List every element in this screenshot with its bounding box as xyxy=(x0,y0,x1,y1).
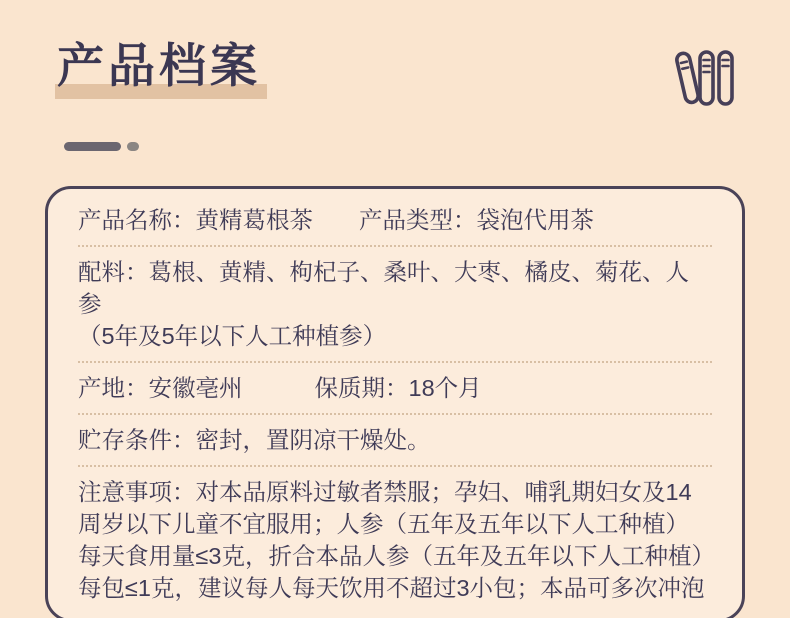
dash-dot xyxy=(127,142,139,151)
product-info-card: 产品名称：黄精葛根茶 产品类型：袋泡代用茶 配料：葛根、黄精、枸杞子、桑叶、大枣… xyxy=(45,186,745,618)
storage-value: 密封，置阴凉干燥处。 xyxy=(196,427,431,453)
product-type-value: 袋泡代用茶 xyxy=(477,207,595,233)
product-name-label: 产品名称： xyxy=(78,207,196,233)
row-notes: 注意事项：对本品原料过敏者禁服；孕妇、哺乳期妇女及14周岁以下儿童不宜服用；人参… xyxy=(78,467,712,613)
origin-value: 安徽亳州 xyxy=(149,375,243,401)
shelf-life-field: 保质期：18个月 xyxy=(315,372,482,404)
origin-field: 产地：安徽亳州 xyxy=(78,372,243,404)
dash-line xyxy=(64,142,121,151)
ingredients-label: 配料： xyxy=(78,259,149,285)
product-name-field: 产品名称：黄精葛根茶 xyxy=(78,204,313,236)
ingredients-field: 配料：葛根、黄精、枸杞子、桑叶、大枣、橘皮、菊花、人参 （5年及5年以下人工种植… xyxy=(78,256,712,352)
page-title: 产品档案 xyxy=(57,38,261,94)
shelf-life-label: 保质期： xyxy=(315,375,409,401)
books-icon xyxy=(671,47,739,109)
storage-field: 贮存条件：密封，置阴凉干燥处。 xyxy=(78,424,712,456)
storage-label: 贮存条件： xyxy=(78,427,196,453)
row-ingredients: 配料：葛根、黄精、枸杞子、桑叶、大枣、橘皮、菊花、人参 （5年及5年以下人工种植… xyxy=(78,247,712,363)
product-type-field: 产品类型：袋泡代用茶 xyxy=(359,204,594,236)
row-name-and-type: 产品名称：黄精葛根茶 产品类型：袋泡代用茶 xyxy=(78,195,712,247)
notes-label: 注意事项： xyxy=(78,479,196,505)
shelf-life-value: 18个月 xyxy=(409,375,482,401)
product-profile-page: 产品档案 产品名称：黄精葛根茶 产品类型：袋泡代用茶 配料：葛根、黄精、枸杞子、… xyxy=(0,0,790,618)
row-storage: 贮存条件：密封，置阴凉干燥处。 xyxy=(78,415,712,467)
origin-label: 产地： xyxy=(78,375,149,401)
product-type-label: 产品类型： xyxy=(359,207,477,233)
row-origin-and-shelf-life: 产地：安徽亳州 保质期：18个月 xyxy=(78,363,712,415)
product-name-value: 黄精葛根茶 xyxy=(196,207,314,233)
notes-field: 注意事项：对本品原料过敏者禁服；孕妇、哺乳期妇女及14周岁以下儿童不宜服用；人参… xyxy=(78,476,712,604)
ingredients-value: 葛根、黄精、枸杞子、桑叶、大枣、橘皮、菊花、人参 （5年及5年以下人工种植参） xyxy=(78,259,689,349)
